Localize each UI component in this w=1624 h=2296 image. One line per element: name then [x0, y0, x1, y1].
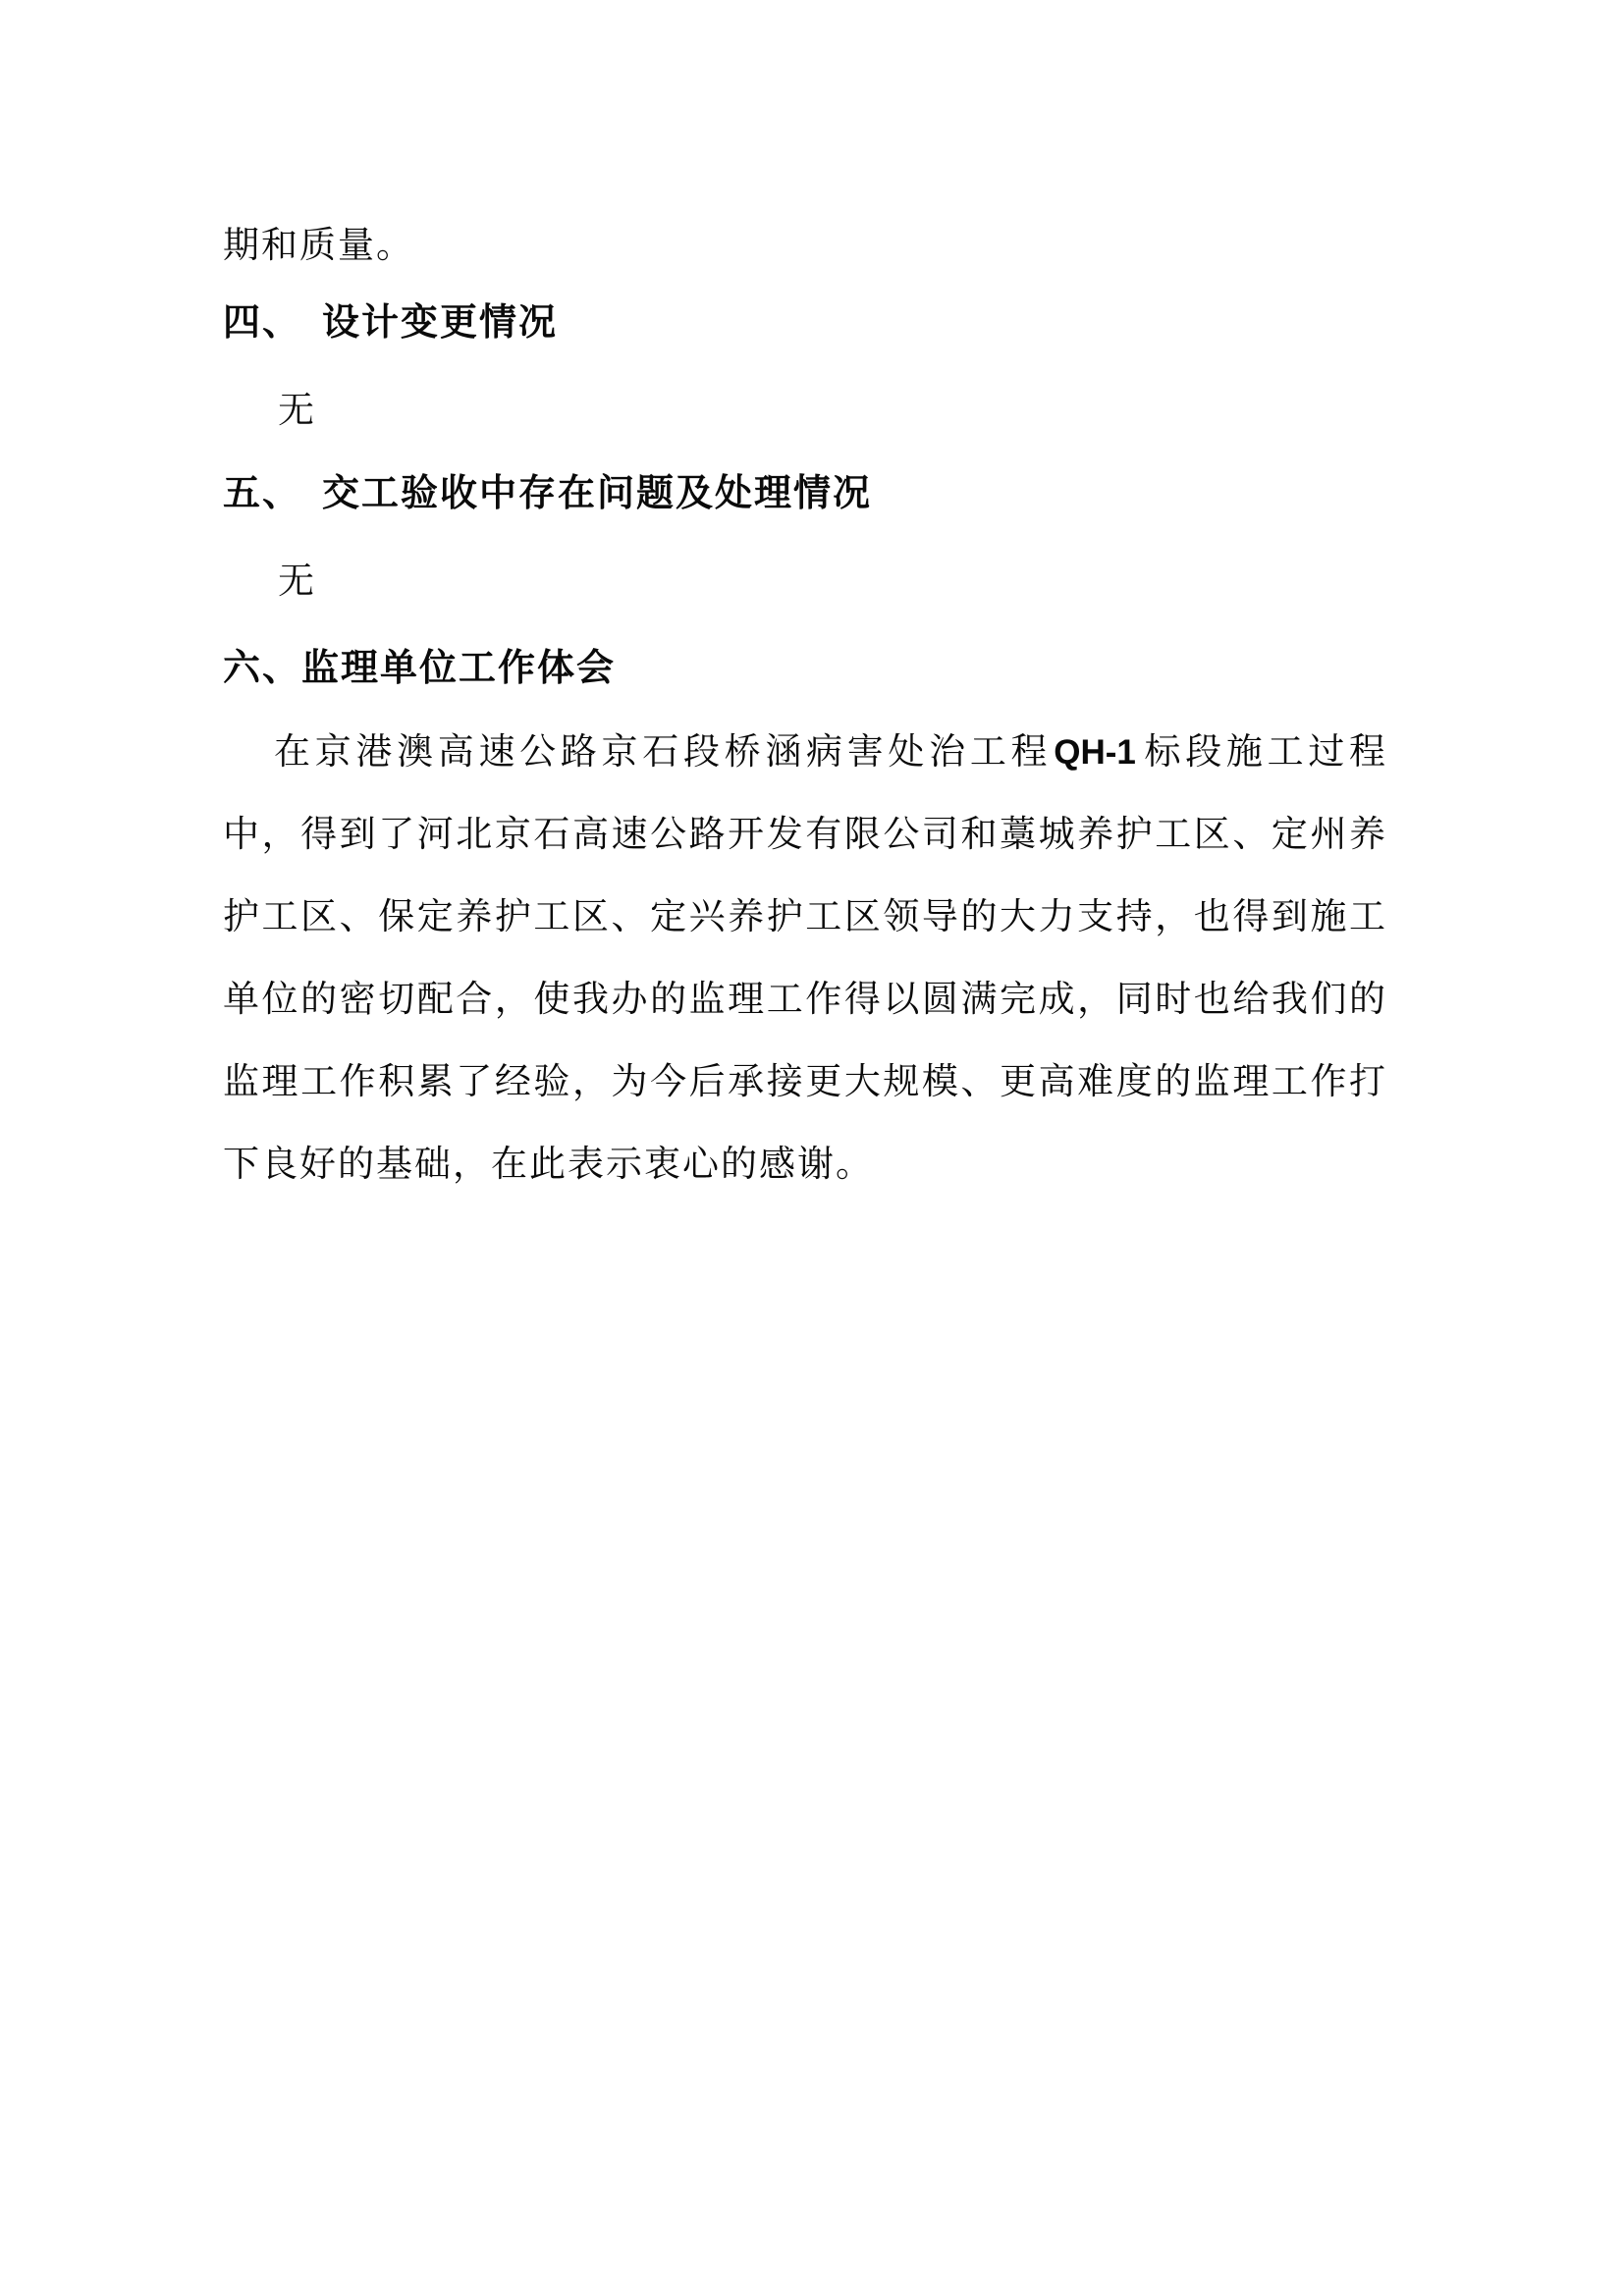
section-4-title: 设计变更情况	[322, 302, 558, 344]
paragraph-line-6: 下良好的基础，在此表示衷心的感谢。	[223, 1143, 1385, 1188]
section-heading-6: 六、监理单位工作体会	[223, 646, 1385, 691]
paragraph-line-4: 单位的密切配合，使我办的监理工作得以圆满完成，同时也给我们的	[223, 978, 1385, 1023]
continuation-text: 期和质量。	[223, 224, 1385, 269]
paragraph-line-5: 监理工作积累了经验，为今后承接更大规模、更高难度的监理工作打	[223, 1060, 1385, 1105]
paragraph-line-2: 中，得到了河北京石高速公路开发有限公司和藁城养护工区、定州养	[223, 813, 1385, 858]
section-heading-5: 五、 交工验收中存在问题及处理情况	[223, 471, 1385, 516]
paragraph-line-1: 在京港澳高速公路京石段桥涵病害处治工程QH-1标段施工过程	[223, 730, 1385, 775]
paragraph-line-1-text: 在京港澳高速公路京石段桥涵病害处治工程	[274, 732, 1052, 773]
page-content: 期和质量。 四、 设计变更情况 无 五、 交工验收中存在问题及处理情况 无 六、…	[223, 224, 1385, 1188]
paragraph-line-3: 护工区、保定养护工区、定兴养护工区领导的大力支持，也得到施工	[223, 895, 1385, 940]
section-4-number: 四、	[223, 302, 322, 344]
section-4-answer: 无	[223, 389, 1385, 434]
paragraph-line-1-text-end: 标段施工过程	[1140, 732, 1385, 773]
section-heading-4: 四、 设计变更情况	[223, 300, 1385, 346]
section-6-title: 监理单位工作体会	[301, 648, 616, 689]
document-page: 期和质量。 四、 设计变更情况 无 五、 交工验收中存在问题及处理情况 无 六、…	[0, 0, 1624, 2296]
section-5-answer: 无	[223, 560, 1385, 605]
section-5-number: 五、	[223, 473, 322, 514]
bid-section-code: QH-1	[1052, 733, 1140, 772]
section-6-number: 六、	[223, 648, 301, 689]
section-5-title: 交工验收中存在问题及处理情况	[322, 473, 872, 514]
